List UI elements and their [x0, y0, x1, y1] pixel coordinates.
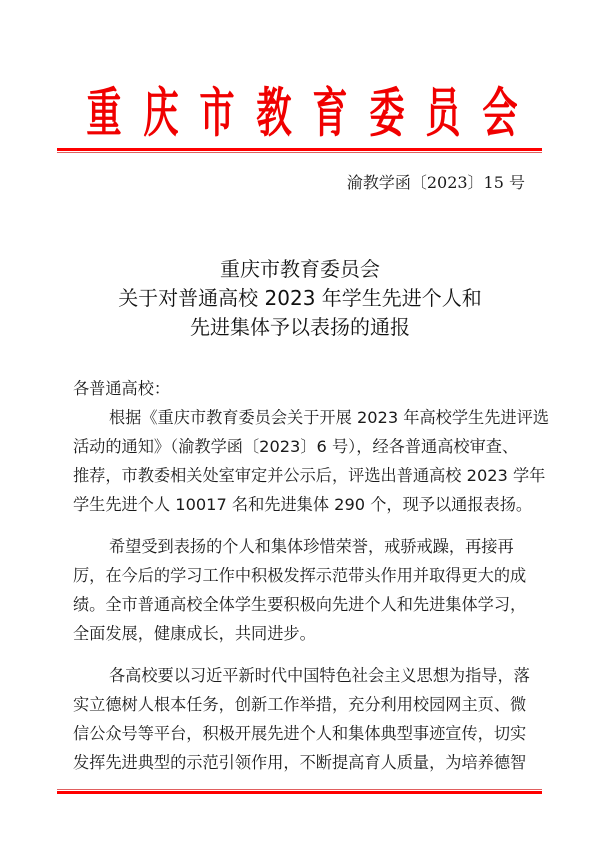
- masthead-char: 重: [86, 88, 121, 141]
- paragraph-line: 活动的通知》（渝教学函〔2023〕6 号），经各普通高校审查、: [73, 432, 529, 461]
- paragraph-line: 绩。全市普通高校全体学生要积极向先进个人和先进集体学习，: [73, 590, 529, 619]
- paragraph-line: 实立德树人根本任务，创新工作举措，充分利用校园网主页、微: [73, 690, 529, 719]
- paragraph-line: 发挥先进典型的示范引领作用，不断提高育人质量，为培养德智: [73, 748, 529, 777]
- document-number: 渝教学函〔2023〕15 号: [347, 170, 525, 193]
- red-divider-top: [57, 148, 542, 153]
- masthead-char: 员: [426, 88, 461, 141]
- masthead-char: 会: [482, 88, 517, 141]
- paragraph-line: 推荐，市教委相关处室审定并公示后，评选出普通高校 2023 学年: [73, 461, 529, 490]
- paragraph-line: 学生先进个人 10017 名和先进集体 290 个，现予以通报表扬。: [73, 490, 529, 519]
- title-line: 关于对普通高校 2023 年学生先进个人和: [0, 284, 600, 313]
- masthead-char: 教: [256, 88, 291, 141]
- masthead-char: 育: [313, 88, 348, 141]
- paragraph-2: 希望受到表扬的个人和集体珍惜荣誉，戒骄戒躁，再接再 厉，在今后的学习工作中积极发…: [73, 532, 529, 648]
- masthead-issuer: 重 庆 市 教 育 委 员 会: [82, 84, 522, 144]
- paragraph-line: 信公众号等平台，积极开展先进个人和集体典型事迹宣传，切实: [73, 719, 529, 748]
- document-body: 各普通高校： 根据《重庆市教育委员会关于开展 2023 年高校学生先进评选 活动…: [73, 374, 529, 777]
- title-line: 重庆市教育委员会: [0, 255, 600, 284]
- masthead-char: 庆: [143, 88, 178, 141]
- paragraph-line: 希望受到表扬的个人和集体珍惜荣誉，戒骄戒躁，再接再: [73, 532, 529, 561]
- paragraph-line: 厉，在今后的学习工作中积极发挥示范带头作用并取得更大的成: [73, 561, 529, 590]
- paragraph-3: 各高校要以习近平新时代中国特色社会主义思想为指导，落 实立德树人根本任务，创新工…: [73, 661, 529, 777]
- title-line: 先进集体予以表扬的通报: [0, 313, 600, 342]
- masthead-char: 市: [200, 88, 235, 141]
- masthead-char: 委: [369, 88, 404, 141]
- paragraph-line: 各高校要以习近平新时代中国特色社会主义思想为指导，落: [73, 661, 529, 690]
- paragraph-line: 全面发展，健康成长，共同进步。: [73, 619, 529, 648]
- paragraph-1: 根据《重庆市教育委员会关于开展 2023 年高校学生先进评选 活动的通知》（渝教…: [73, 403, 529, 519]
- document-title: 重庆市教育委员会 关于对普通高校 2023 年学生先进个人和 先进集体予以表扬的…: [0, 255, 600, 342]
- salutation: 各普通高校：: [73, 374, 529, 403]
- paragraph-line: 根据《重庆市教育委员会关于开展 2023 年高校学生先进评选: [73, 403, 529, 432]
- red-divider-bottom: [57, 789, 542, 794]
